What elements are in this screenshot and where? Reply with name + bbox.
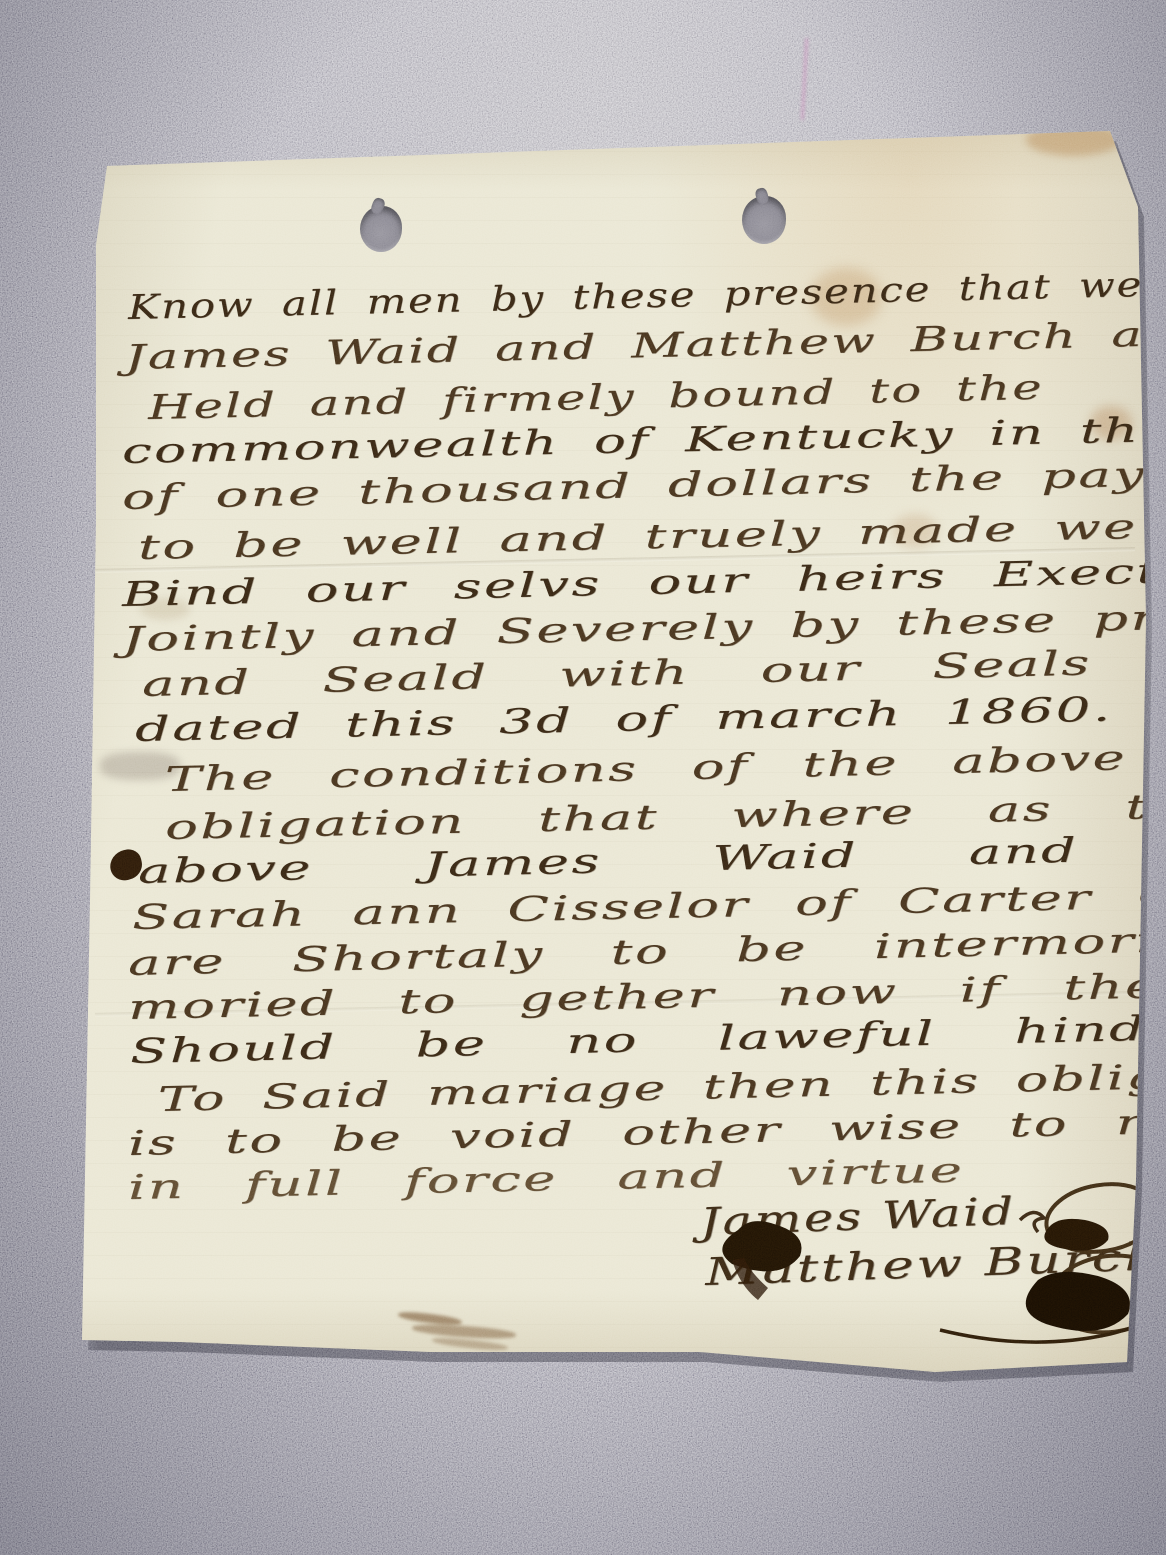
bottom-ink-smear: [432, 1336, 508, 1352]
photo-of-manuscript: Know all men by these presence that we J…: [0, 0, 1166, 1555]
pen-flourish: [1020, 1212, 1044, 1232]
bottom-ink-smear: [412, 1322, 517, 1340]
manuscript-sheet: Know all men by these presence that we J…: [80, 128, 1146, 1378]
ink-blot: [1044, 1219, 1108, 1251]
ink-blot: [1026, 1272, 1130, 1331]
